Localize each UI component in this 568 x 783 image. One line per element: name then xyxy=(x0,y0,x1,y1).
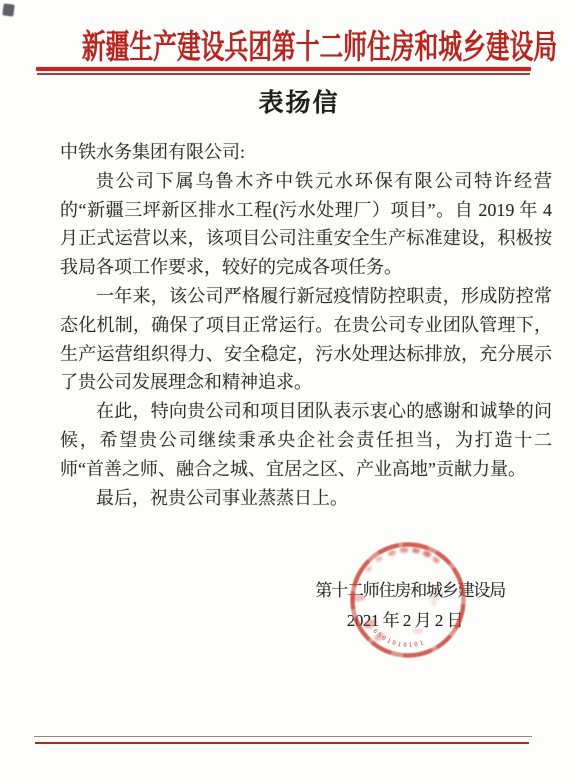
footer-rule-thin xyxy=(34,736,532,737)
paragraph-1: 贵公司下属乌鲁木齐中铁元水环保有限公司特许经营的“新疆三坪新区排水工程(污水处理… xyxy=(60,167,552,282)
seal-ring-group xyxy=(353,545,464,656)
letterhead-rule-thick xyxy=(36,67,531,71)
paragraph-3: 在此，特向贵公司和项目团队表示衷心的感谢和诚挚的问候，希望贵公司继续秉承央企社会… xyxy=(60,397,552,483)
letter-body: 中铁水务集团有限公司: 贵公司下属乌鲁木齐中铁元水环保有限公司特许经营的“新疆三… xyxy=(60,138,552,512)
scan-artifact-mark xyxy=(2,3,14,16)
letterhead-rule-thin xyxy=(37,73,530,75)
letterhead-org-name: 新疆生产建设兵团第十二师住房和城乡建设局 xyxy=(82,21,491,68)
letter-title: 表扬信 xyxy=(30,83,568,119)
paragraph-4: 最后，祝贵公司事业蒸蒸日上。 xyxy=(60,484,552,513)
commendation-letter-page: 新疆生产建设兵团第十二师住房和城乡建设局 表扬信 中铁水务集团有限公司: 贵公司… xyxy=(0,0,568,783)
paragraph-2: 一年来，该公司严格履行新冠疫情防控职责，形成防控常态化机制，确保了项目正常运行。… xyxy=(60,282,552,397)
salutation: 中铁水务集团有限公司: xyxy=(60,138,552,167)
official-seal: 6501010101 xyxy=(348,540,468,660)
footer-rule-red xyxy=(35,742,529,745)
seal-ring xyxy=(353,545,464,656)
